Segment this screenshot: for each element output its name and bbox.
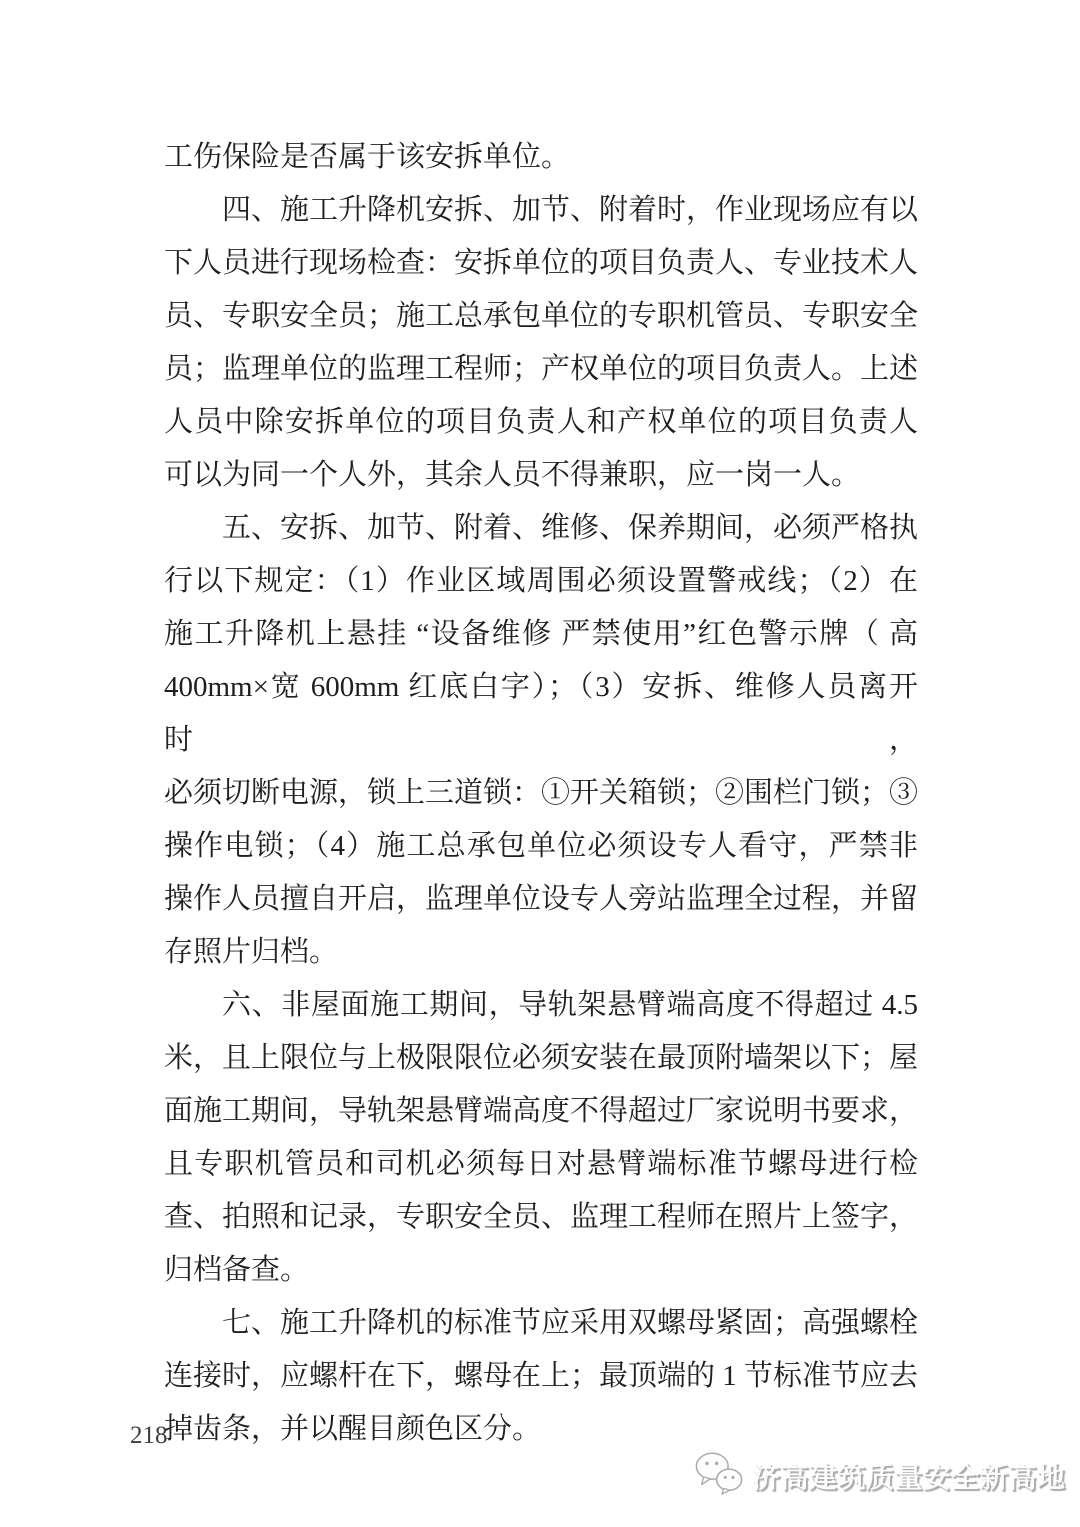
text-line: 六、非屋面施工期间，导轨架悬臂端高度不得超过 4.5 <box>164 979 918 1032</box>
text-line: 员、专职安全员；施工总承包单位的专职机管员、专职安全 <box>164 290 918 343</box>
text-line: 存照片归档。 <box>164 926 918 979</box>
text-line: 面施工期间，导轨架悬臂端高度不得超过厂家说明书要求， <box>164 1085 918 1138</box>
text-line: 五、安拆、加节、附着、维修、保养期间，必须严格执 <box>164 502 918 555</box>
text-line: 查、拍照和记录，专职安全员、监理工程师在照片上签字， <box>164 1191 918 1244</box>
text-line: 员；监理单位的监理工程师；产权单位的项目负责人。上述 <box>164 343 918 396</box>
text-line: 归档备查。 <box>164 1244 918 1297</box>
text-line: 米，且上限位与上极限限位必须安装在最顶附墙架以下；屋 <box>164 1032 918 1085</box>
text-line: 下人员进行现场检查：安拆单位的项目负责人、专业技术人 <box>164 237 918 290</box>
text-line: 掉齿条，并以醒目颜色区分。 <box>164 1403 918 1456</box>
text-line: 施工升降机上悬挂 “设备维修 严禁使用”红色警示牌（ 高 <box>164 608 918 661</box>
text-line: 行以下规定：（1）作业区域周围必须设置警戒线；（2）在 <box>164 555 918 608</box>
page-number: 218 <box>130 1422 168 1450</box>
text-line: 400mm×宽 600mm 红底白字）；（3）安拆、维修人员离开时， <box>164 661 918 767</box>
text-line: 人员中除安拆单位的项目负责人和产权单位的项目负责人 <box>164 396 918 449</box>
watermark-text: 济高建筑质量安全新高地 <box>752 1456 1066 1496</box>
text-line: 操作人员擅自开启，监理单位设专人旁站监理全过程，并留 <box>164 873 918 926</box>
watermark: 济高建筑质量安全新高地 <box>694 1450 1066 1501</box>
text-line: 七、施工升降机的标准节应采用双螺母紧固；高强螺栓 <box>164 1297 918 1350</box>
text-line: 操作电锁；（4）施工总承包单位必须设专人看守，严禁非 <box>164 820 918 873</box>
text-line: 可以为同一个人外，其余人员不得兼职，应一岗一人。 <box>164 449 918 502</box>
document-page: 工伤保险是否属于该安拆单位。 四、施工升降机安拆、加节、附着时，作业现场应有以 … <box>0 0 1080 1527</box>
text-line: 必须切断电源，锁上三道锁：①开关箱锁；②围栏门锁；③ <box>164 767 918 820</box>
text-line: 四、施工升降机安拆、加节、附着时，作业现场应有以 <box>164 184 918 237</box>
document-body: 工伤保险是否属于该安拆单位。 四、施工升降机安拆、加节、附着时，作业现场应有以 … <box>164 131 918 1456</box>
text-line: 且专职机管员和司机必须每日对悬臂端标准节螺母进行检 <box>164 1138 918 1191</box>
wechat-icon <box>694 1450 744 1501</box>
text-line: 工伤保险是否属于该安拆单位。 <box>164 131 918 184</box>
text-line: 连接时，应螺杆在下，螺母在上；最顶端的 1 节标准节应去 <box>164 1350 918 1403</box>
